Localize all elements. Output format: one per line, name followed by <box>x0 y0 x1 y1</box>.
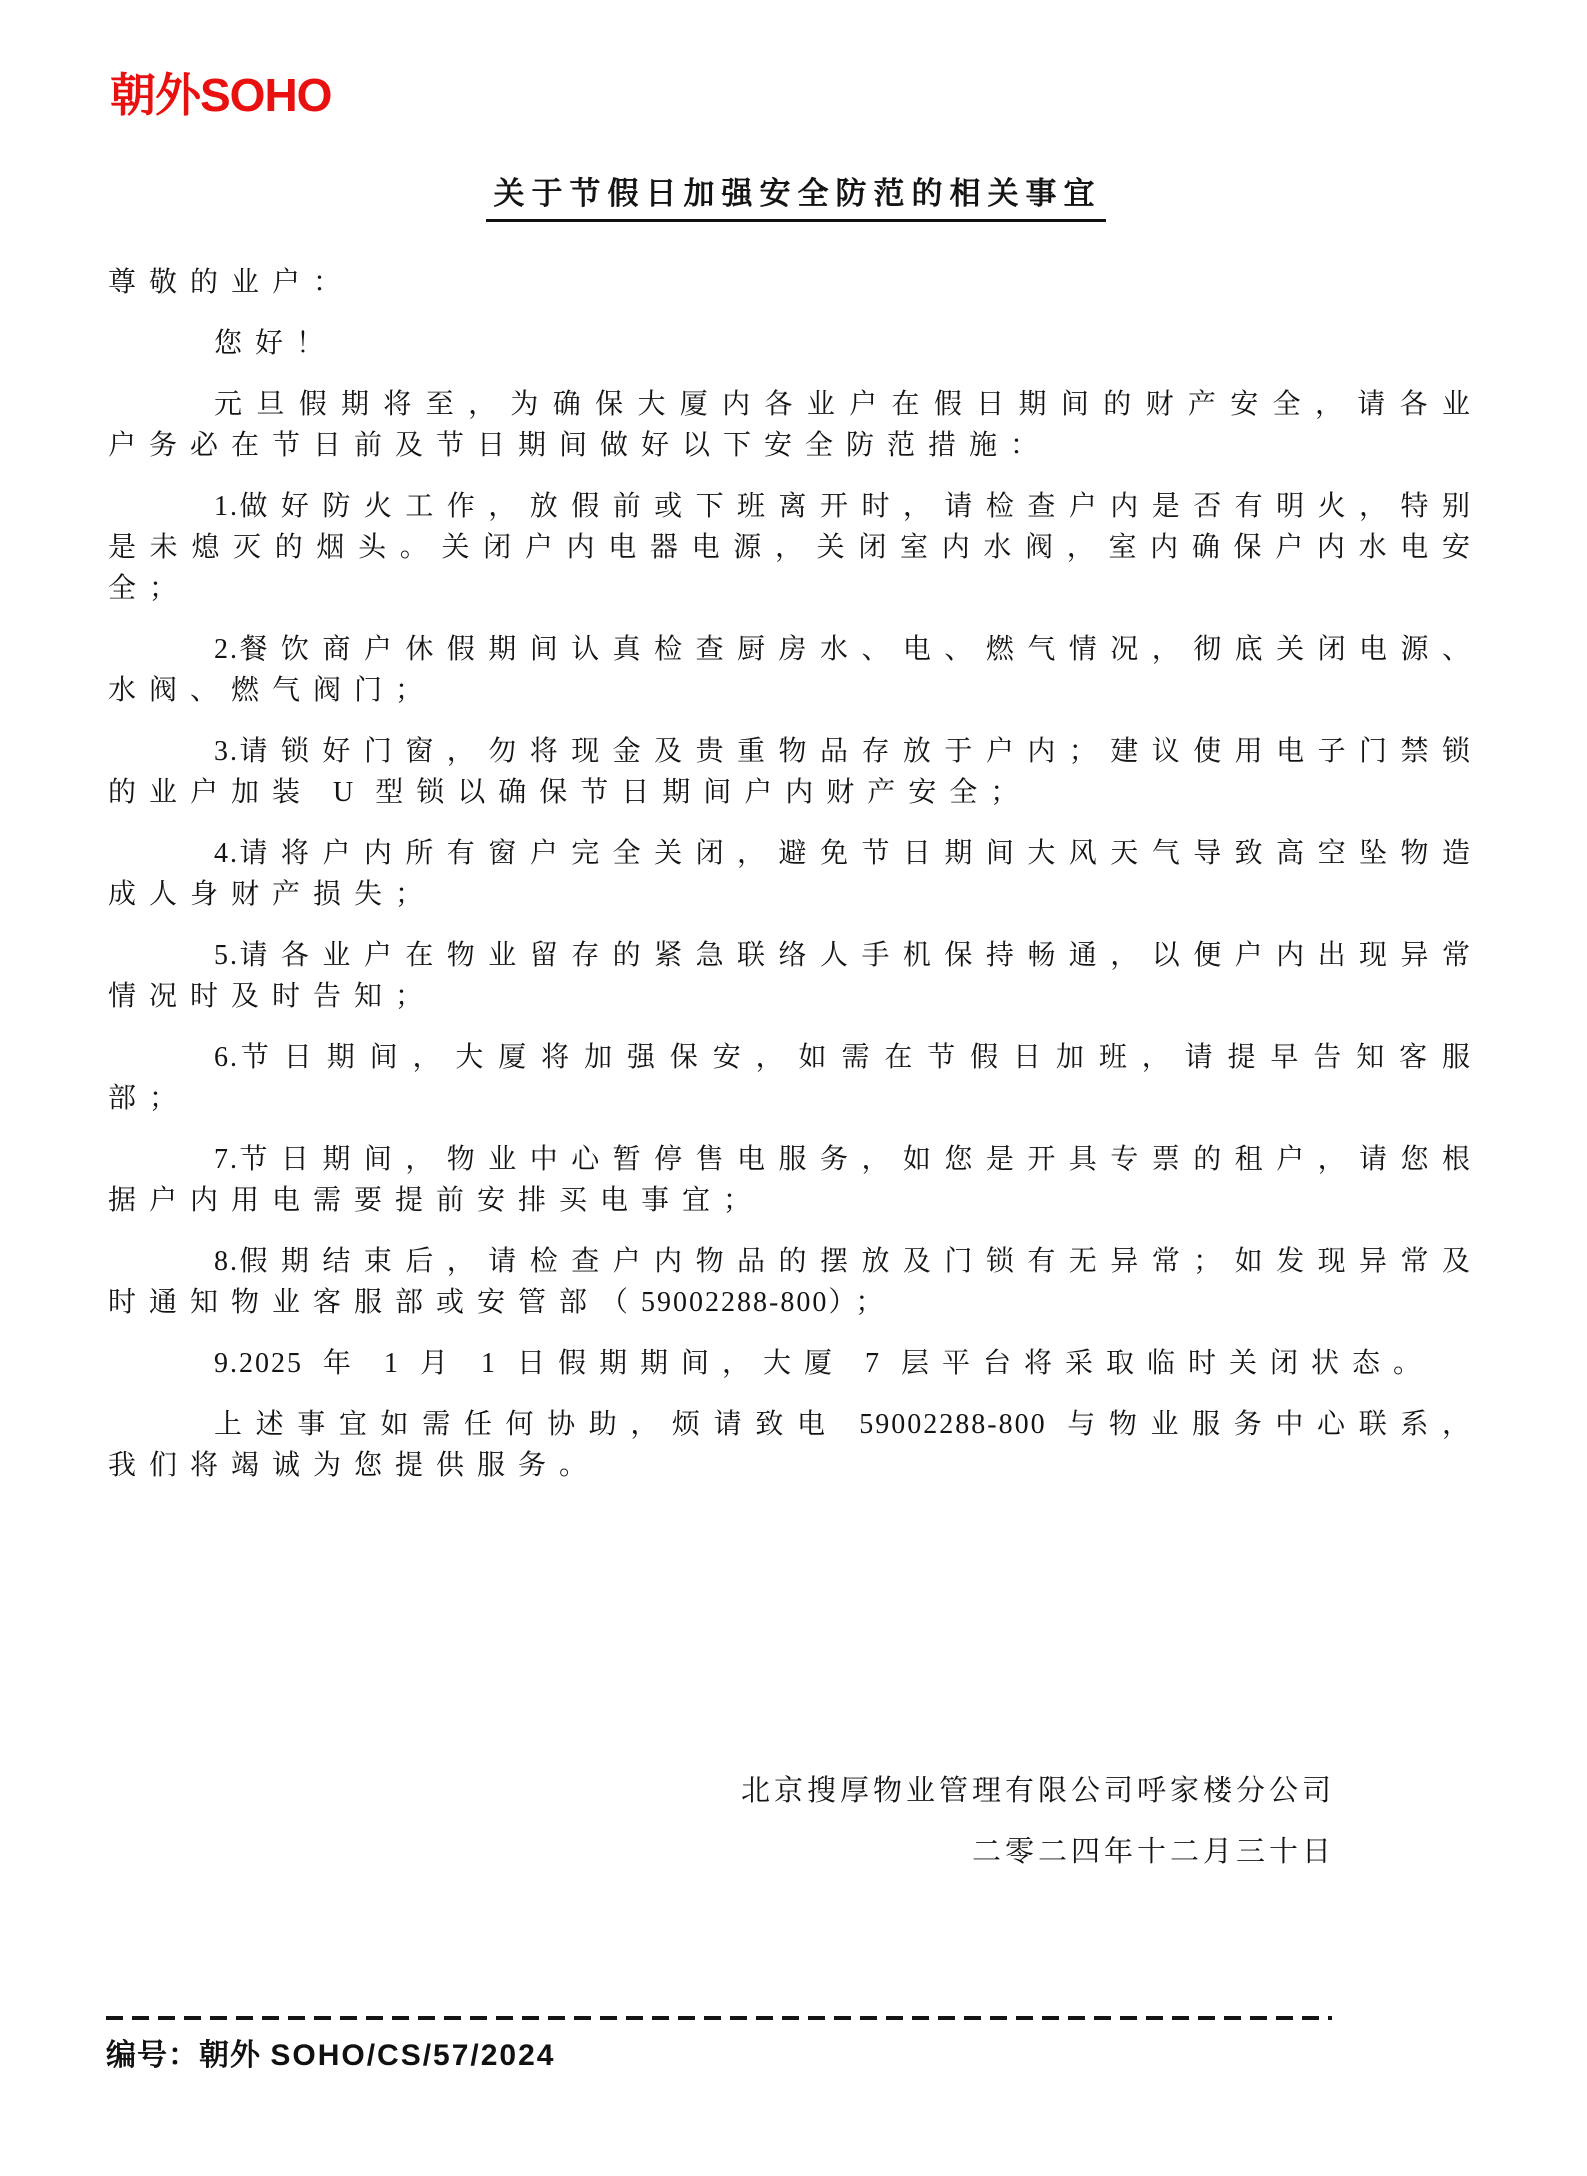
greeting: 您好！ <box>108 323 1483 364</box>
signature-block: 北京搜厚物业管理有限公司呼家楼分公司 二零二四年十二月三十日 <box>108 1771 1483 1873</box>
notice-item-8: 8.假期结束后，请检查户内物品的摆放及门锁有无异常；如发现异常及时通知物业客服部… <box>108 1241 1483 1323</box>
notice-item-6: 6.节日期间，大厦将加强保安，如需在节假日加班，请提早告知客服部； <box>108 1037 1483 1119</box>
document-body: 尊敬的业户： 您好！ 元旦假期将至，为确保大厦内各业户在假日期间的财产安全，请各… <box>108 262 1483 1486</box>
notice-item-5: 5.请各业户在物业留存的紧急联络人手机保持畅通，以便户内出现异常情况时及时告知； <box>108 935 1483 1017</box>
footer: 编号：朝外 SOHO/CS/57/2024 <box>106 2016 1486 2076</box>
signature-date: 二零二四年十二月三十日 <box>108 1832 1335 1873</box>
notice-item-3: 3.请锁好门窗，勿将现金及贵重物品存放于户内；建议使用电子门禁锁的业户加装 U … <box>108 731 1483 813</box>
notice-item-9: 9.2025 年 1 月 1 日假期期间，大厦 7 层平台将采取临时关闭状态。 <box>108 1343 1483 1384</box>
document-page: 朝外SOHO 关于节假日加强安全防范的相关事宜 尊敬的业户： 您好！ 元旦假期将… <box>0 0 1587 2176</box>
notice-item-7: 7.节日期间，物业中心暂停售电服务，如您是开具专票的租户，请您根据户内用电需要提… <box>108 1139 1483 1221</box>
notice-item-1: 1.做好防火工作，放假前或下班离开时，请检查户内是否有明火，特别是未熄灭的烟头。… <box>108 486 1483 609</box>
notice-item-2: 2.餐饮商户休假期间认真检查厨房水、电、燃气情况，彻底关闭电源、水阀、燃气阀门； <box>108 629 1483 711</box>
footer-reference-number: 编号：朝外 SOHO/CS/57/2024 <box>106 2036 1486 2076</box>
salutation: 尊敬的业户： <box>108 262 1483 303</box>
closing-paragraph: 上述事宜如需任何协助，烦请致电 59002288-800 与物业服务中心联系，我… <box>108 1404 1483 1486</box>
dashed-divider <box>106 2016 1332 2020</box>
document-title: 关于节假日加强安全防范的相关事宜 <box>486 174 1106 222</box>
intro-paragraph: 元旦假期将至，为确保大厦内各业户在假日期间的财产安全，请各业户务必在节日前及节日… <box>108 384 1483 466</box>
signature-company: 北京搜厚物业管理有限公司呼家楼分公司 <box>108 1771 1335 1812</box>
logo: 朝外SOHO <box>110 72 1483 118</box>
notice-item-4: 4.请将户内所有窗户完全关闭，避免节日期间大风天气导致高空坠物造成人身财产损失； <box>108 833 1483 915</box>
title-wrap: 关于节假日加强安全防范的相关事宜 <box>108 174 1483 222</box>
